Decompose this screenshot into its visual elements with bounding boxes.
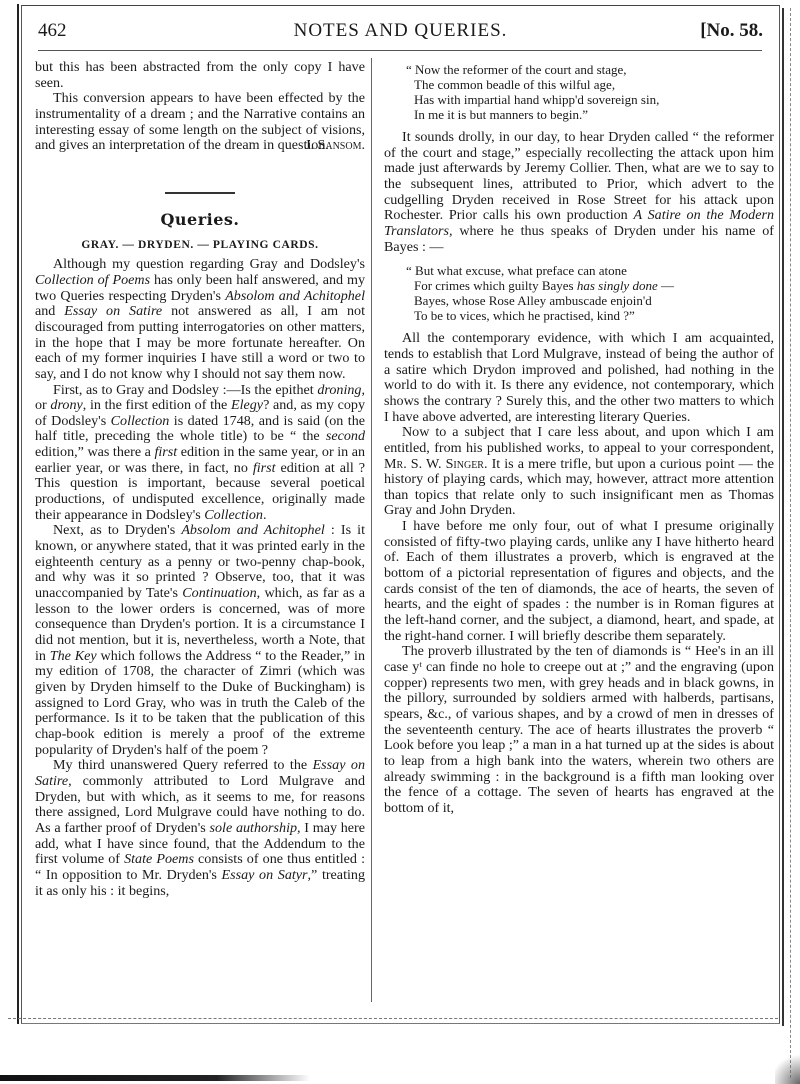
page-border-right [782,8,784,1026]
italic-phrase: has singly done [577,278,658,293]
italic-title: Absolom and Achitophel [181,522,324,538]
italic-word: droning [317,382,361,398]
verse-line: Has with impartial hand whipp'd sovereig… [406,92,774,107]
intro-paragraph-1: but this has been abstracted from the on… [35,60,365,91]
right-column: “ Now the reformer of the court and stag… [384,60,774,817]
verse-line: In me it is but manners to begin.” [406,107,774,122]
text: , in the first edition of the [83,397,231,413]
italic-title: Collection [111,413,170,429]
query-paragraph-4: My third unanswered Query referred to th… [35,758,365,899]
italic-title: Absolom and Achitophel [225,288,365,304]
query-paragraph-2: First, as to Gray and Dodsley :—Is the e… [35,383,365,524]
text: and [35,303,64,319]
italic-title: State Poems [124,851,194,867]
italic-word: first [154,444,177,460]
italic-title: Collection of Poems [35,272,150,288]
column-divider [371,58,372,1002]
verse-line: The common beadle of this wilful age, [406,77,774,92]
page-header: 462 NOTES AND QUERIES. [No. 58. [38,18,763,48]
text: For crimes which guilty Bayes [414,278,577,293]
running-title: NOTES AND QUERIES. [38,20,763,42]
scan-smudge [775,1050,800,1084]
issue-number: [No. 58. [700,20,763,42]
query-paragraph-1: Although my question regarding Gray and … [35,257,365,382]
italic-word: second [326,428,365,444]
section-separator [165,192,235,194]
section-heading: Queries. [35,212,365,228]
article-title: GRAY. — DRYDEN. — PLAYING CARDS. [35,238,365,254]
page-border-left [17,4,19,1024]
verse-line: “ But what excuse, what preface can aton… [406,263,774,278]
right-paragraph-5: The proverb illustrated by the ten of di… [384,644,774,816]
verse-line: For crimes which guilty Bayes has singly… [406,278,774,293]
italic-word: drony [50,397,82,413]
italic-title: Continuation [182,585,256,601]
italic-word: first [253,460,276,476]
right-paragraph-4: I have before me only four, out of what … [384,519,774,644]
text: My third unanswered Query referred to th… [53,757,313,773]
left-column: but this has been abstracted from the on… [35,60,365,899]
header-rule [38,50,762,51]
text: which follows the Address “ to the Reade… [35,648,365,758]
text: Now to a subject that I care less about,… [384,424,774,456]
scan-edge-right [790,8,792,1078]
right-paragraph-2: All the contemporary evidence, with whic… [384,331,774,425]
correspondent-name: Mr. S. W. Singer [384,456,484,472]
verse-quote-1: “ Now the reformer of the court and stag… [406,62,774,122]
italic-title: Essay on Satire [64,303,162,319]
text: — [658,278,674,293]
italic-title: Collection [204,507,263,523]
right-paragraph-1: It sounds drolly, in our day, to hear Dr… [384,130,774,255]
text: Next, as to Dryden's [53,522,181,538]
verse-quote-2: “ But what excuse, what preface can aton… [406,263,774,323]
scan-shadow [0,1075,310,1081]
verse-line: Bayes, whose Rose Alley ambuscade enjoin… [406,293,774,308]
text: First, as to Gray and Dodsley :—Is the e… [53,382,317,398]
italic-title: Essay on Satyr [222,867,308,883]
footer-rule [8,1018,778,1020]
text: . [263,507,267,523]
italic-title: Elegy [231,397,263,413]
right-paragraph-3: Now to a subject that I care less about,… [384,425,774,519]
italic-title: The Key [50,648,97,664]
query-paragraph-3: Next, as to Dryden's Absolom and Achitop… [35,523,365,758]
italic-phrase: sole authorship [210,820,298,836]
verse-line: “ Now the reformer of the court and stag… [406,62,774,77]
verse-line: To be to vices, which he practised, kind… [406,308,774,323]
text: edition,” was there a [35,444,154,460]
text: Although my question regarding Gray and … [53,256,365,272]
